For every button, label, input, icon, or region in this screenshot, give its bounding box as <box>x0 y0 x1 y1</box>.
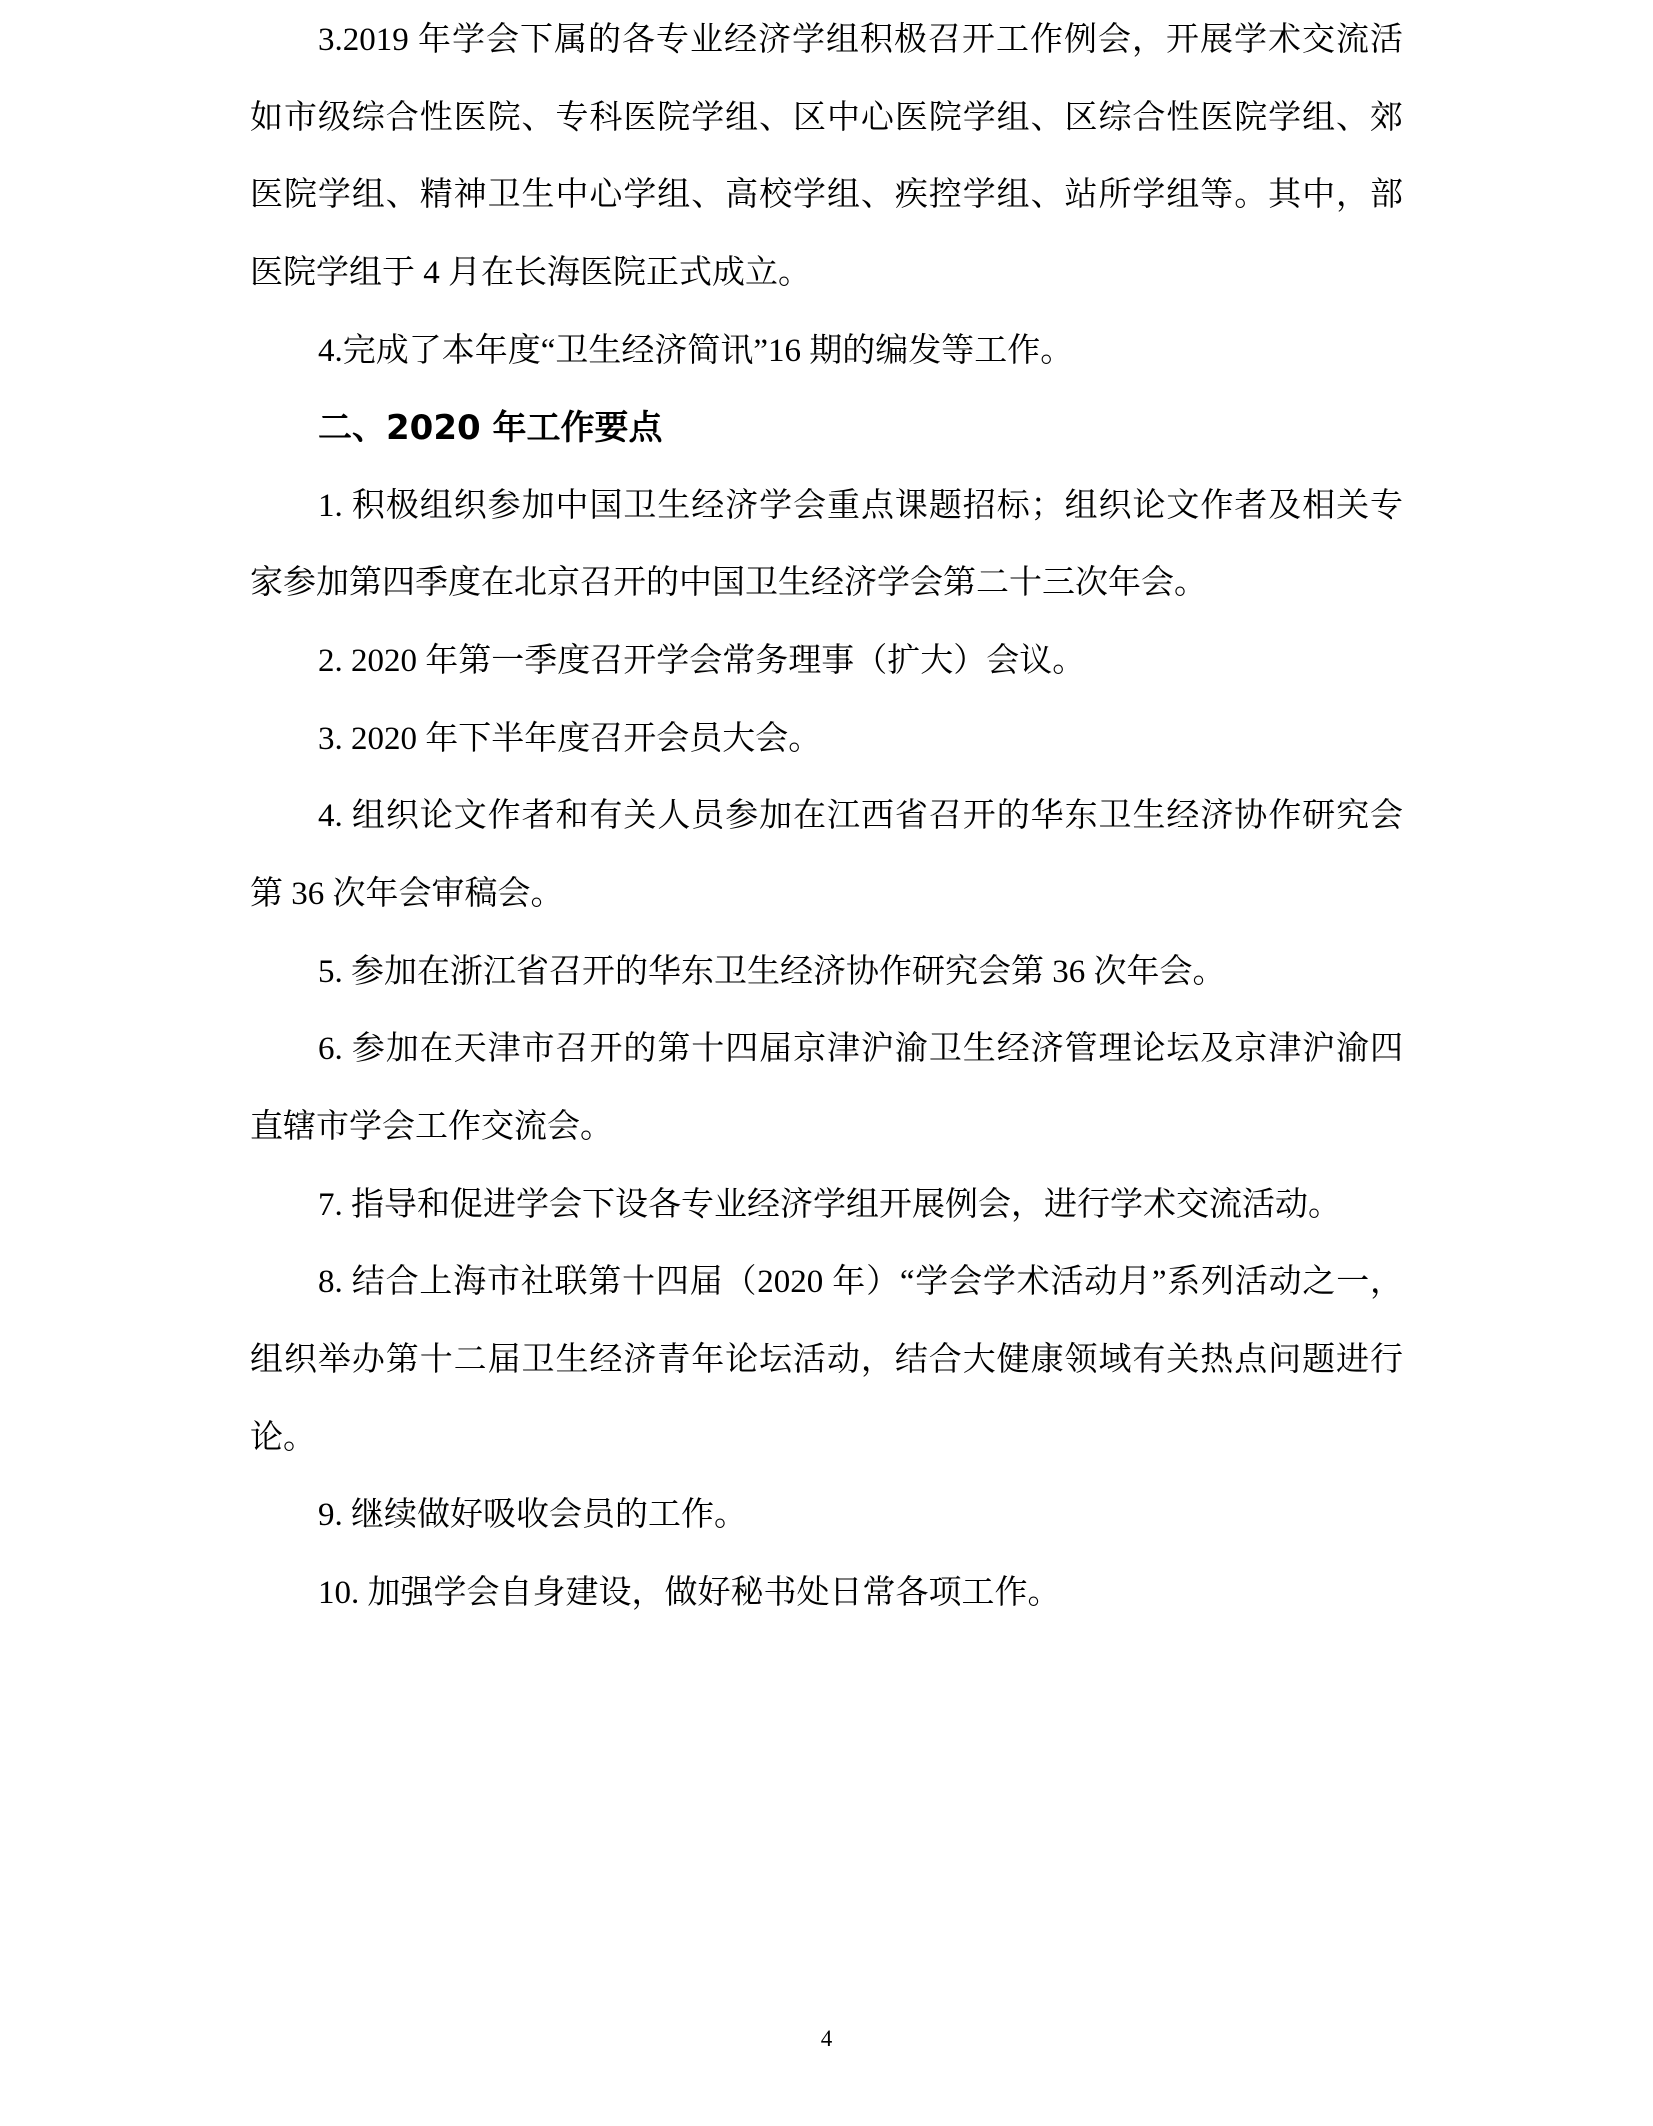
text-line: 家参加第四季度在北京召开的中国卫生经济学会第二十三次年会。 <box>250 545 1403 623</box>
paragraph: 2. 2020 年第一季度召开学会常务理事（扩大）会议。 <box>250 623 1403 701</box>
text-line: 8. 结合上海市社联第十四届（2020 年）“学会学术活动月”系列活动之一， <box>250 1244 1403 1322</box>
text-line: 医院学组、精神卫生中心学组、高校学组、疾控学组、站所学组等。其中，部队 <box>250 157 1403 235</box>
text-line: 3. 2020 年下半年度召开会员大会。 <box>250 701 1403 779</box>
text-line: 第 36 次年会审稿会。 <box>250 856 1403 934</box>
page-number: 4 <box>0 2022 1653 2056</box>
paragraph: 7. 指导和促进学会下设各专业经济学组开展例会，进行学术交流活动。 <box>250 1167 1403 1245</box>
paragraph: 10. 加强学会自身建设，做好秘书处日常各项工作。 <box>250 1555 1403 1633</box>
paragraph: 1. 积极组织参加中国卫生经济学会重点课题招标；组织论文作者及相关专 家参加第四… <box>250 468 1403 623</box>
text-line: 1. 积极组织参加中国卫生经济学会重点课题招标；组织论文作者及相关专 <box>250 468 1403 546</box>
text-line: 2. 2020 年第一季度召开学会常务理事（扩大）会议。 <box>250 623 1403 701</box>
text-line: 7. 指导和促进学会下设各专业经济学组开展例会，进行学术交流活动。 <box>250 1167 1403 1245</box>
text-line: 组织举办第十二届卫生经济青年论坛活动，结合大健康领域有关热点问题进行讨 <box>250 1322 1403 1400</box>
text-line: 4.完成了本年度“卫生经济简讯”16 期的编发等工作。 <box>250 313 1403 391</box>
document-page: 3.2019 年学会下属的各专业经济学组积极召开工作例会，开展学术交流活动。 如… <box>0 0 1653 2126</box>
text-line: 直辖市学会工作交流会。 <box>250 1089 1403 1167</box>
text-line: 5. 参加在浙江省召开的华东卫生经济协作研究会第 36 次年会。 <box>250 934 1403 1012</box>
document-body: 3.2019 年学会下属的各专业经济学组积极召开工作例会，开展学术交流活动。 如… <box>250 2 1403 1632</box>
paragraph: 5. 参加在浙江省召开的华东卫生经济协作研究会第 36 次年会。 <box>250 934 1403 1012</box>
paragraph: 8. 结合上海市社联第十四届（2020 年）“学会学术活动月”系列活动之一， 组… <box>250 1244 1403 1477</box>
paragraph: 4.完成了本年度“卫生经济简讯”16 期的编发等工作。 <box>250 313 1403 391</box>
paragraph: 9. 继续做好吸收会员的工作。 <box>250 1477 1403 1555</box>
paragraph: 3. 2020 年下半年度召开会员大会。 <box>250 701 1403 779</box>
section-heading: 二、2020 年工作要点 <box>250 390 1403 468</box>
text-line: 6. 参加在天津市召开的第十四届京津沪渝卫生经济管理论坛及京津沪渝四 <box>250 1011 1403 1089</box>
paragraph: 6. 参加在天津市召开的第十四届京津沪渝卫生经济管理论坛及京津沪渝四 直辖市学会… <box>250 1011 1403 1166</box>
text-line: 4. 组织论文作者和有关人员参加在江西省召开的华东卫生经济协作研究会 <box>250 778 1403 856</box>
text-line: 10. 加强学会自身建设，做好秘书处日常各项工作。 <box>250 1555 1403 1633</box>
text-line: 医院学组于 4 月在长海医院正式成立。 <box>250 235 1403 313</box>
text-line: 如市级综合性医院、专科医院学组、区中心医院学组、区综合性医院学组、郊区 <box>250 80 1403 158</box>
heading-line: 二、2020 年工作要点 <box>250 390 1403 468</box>
text-line: 9. 继续做好吸收会员的工作。 <box>250 1477 1403 1555</box>
text-line: 3.2019 年学会下属的各专业经济学组积极召开工作例会，开展学术交流活动。 <box>250 2 1403 80</box>
paragraph: 3.2019 年学会下属的各专业经济学组积极召开工作例会，开展学术交流活动。 如… <box>250 2 1403 313</box>
paragraph: 4. 组织论文作者和有关人员参加在江西省召开的华东卫生经济协作研究会 第 36 … <box>250 778 1403 933</box>
text-line: 论。 <box>250 1400 1403 1478</box>
